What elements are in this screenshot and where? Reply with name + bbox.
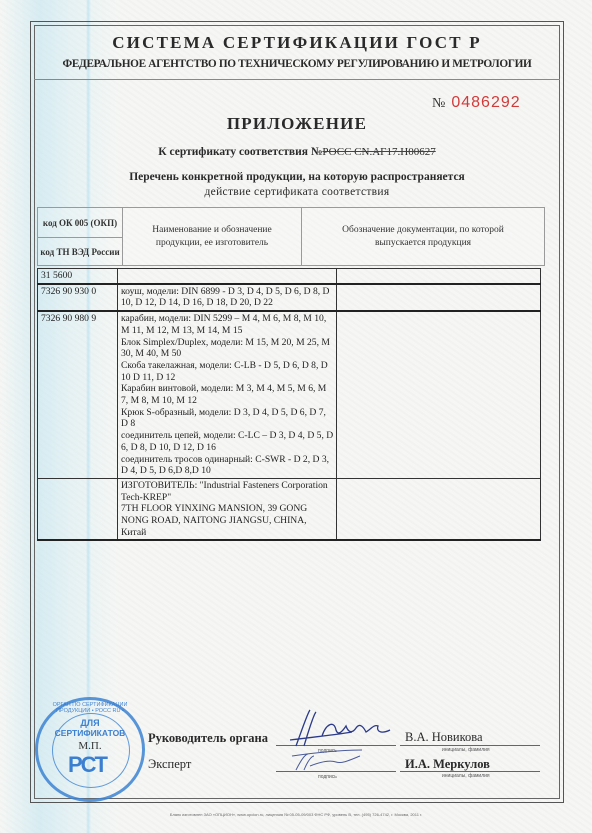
product-line: Скоба такелажная, модели: C-LB - D 5, D … — [121, 360, 334, 383]
header-product-name-text: Наименование и обозначение продукции, ее… — [137, 224, 287, 250]
expert-name-line — [400, 771, 540, 772]
product-line: Карабин винтовой, модели: М 3, М 4, М 5,… — [121, 383, 334, 406]
certificate-reference: К сертификату соответствия №РОСС CN.АГ17… — [34, 146, 560, 158]
row-code: 31 5600 — [38, 269, 118, 284]
certificate-ref-label: К сертификату соответствия № — [158, 146, 322, 158]
row-name: карабин, модели: DIN 5299 – М 4, М 6, М … — [118, 311, 337, 478]
expert-signature-icon — [290, 748, 370, 774]
product-line: Крюк S-образный, модели: D 3, D 4, D 5, … — [121, 407, 334, 430]
expert-signature-caption: подпись — [318, 774, 337, 780]
table-row: 7326 90 930 0 коуш, модели: DIN 6899 - D… — [38, 284, 541, 311]
row-docs — [337, 311, 541, 478]
list-title-line2: действие сертификата соответствия — [34, 185, 560, 200]
table-row: 31 5600 — [38, 269, 541, 284]
manufacturer-name: ИЗГОТОВИТЕЛЬ: "Industrial Fasteners Corp… — [121, 480, 334, 503]
row-code: 7326 90 980 9 — [38, 311, 118, 478]
system-title: СИСТЕМА СЕРТИФИКАЦИИ ГОСТ Р — [34, 33, 560, 53]
head-name-caption: инициалы, фамилия — [442, 747, 490, 753]
product-line: соединитель тросов одинарный: C-SWR - D … — [121, 454, 334, 477]
table-row: 7326 90 980 9 карабин, модели: DIN 5299 … — [38, 311, 541, 478]
head-of-body-label: Руководитель органа — [148, 731, 268, 746]
row-docs — [337, 269, 541, 284]
stamp-mp: М.П. — [38, 740, 142, 752]
appendix-heading: ПРИЛОЖЕНИЕ — [34, 114, 560, 134]
form-footer: Бланк изготовлен ЗАО «ОПЦИОН», www.opcio… — [0, 812, 592, 817]
header-code-tnved: код ТН ВЭД России — [38, 237, 122, 266]
product-line: карабин, модели: DIN 5299 – М 4, М 6, М … — [121, 313, 334, 336]
expert-name: И.А. Меркулов — [405, 757, 490, 772]
product-line: Блок Simplex/Duplex, модели: М 15, М 20,… — [121, 337, 334, 360]
head-name: В.А. Новикова — [405, 730, 483, 745]
row-docs — [337, 284, 541, 311]
table-header: код ОК 005 (ОКП) код ТН ВЭД России Наиме… — [37, 207, 545, 266]
expert-label: Эксперт — [148, 757, 191, 772]
row-name: коуш, модели: DIN 6899 - D 3, D 4, D 5, … — [118, 284, 337, 311]
row-docs — [337, 478, 541, 540]
header-divider — [34, 79, 560, 80]
expert-name-caption: инициалы, фамилия — [442, 773, 490, 779]
number-sign: № — [432, 96, 445, 111]
rst-logo-icon: PCT — [68, 752, 106, 778]
product-list-title: Перечень конкретной продукции, на котору… — [34, 170, 560, 200]
table-row: ИЗГОТОВИТЕЛЬ: "Industrial Fasteners Corp… — [38, 478, 541, 540]
row-name: ИЗГОТОВИТЕЛЬ: "Industrial Fasteners Corp… — [118, 478, 337, 540]
stamp-line2: СЕРТИФИКАТОВ — [38, 728, 142, 738]
certification-stamp: ОРГАН ПО СЕРТИФИКАЦИИ ПРОДУКЦИИ • РОСС R… — [35, 697, 145, 802]
head-name-line — [400, 745, 540, 746]
manufacturer-address: 7TH FLOOR YINXING MANSION, 39 GONG NONG … — [121, 503, 334, 538]
head-signature-icon — [282, 706, 392, 748]
row-name — [118, 269, 337, 284]
row-code — [38, 478, 118, 540]
header-documentation: Обозначение документации, по которой вып… — [302, 208, 544, 265]
agency-subtitle: ФЕДЕРАЛЬНОЕ АГЕНТСТВО ПО ТЕХНИЧЕСКОМУ РЕ… — [34, 58, 560, 70]
product-line: соединитель цепей, модели: C-LC – D 3, D… — [121, 430, 334, 453]
header-documentation-text: Обозначение документации, по которой вып… — [328, 224, 518, 250]
serial-value: 0486292 — [451, 94, 520, 111]
certificate-ref-number: РОСС CN.АГ17.Н00627 — [322, 146, 435, 158]
stamp-line1: ДЛЯ — [38, 718, 142, 728]
list-title-line1: Перечень конкретной продукции, на котору… — [34, 170, 560, 185]
header-code-okp: код ОК 005 (ОКП) — [38, 208, 122, 238]
header-product-name: Наименование и обозначение продукции, ее… — [123, 208, 301, 265]
product-table: 31 5600 7326 90 930 0 коуш, модели: DIN … — [37, 268, 541, 541]
serial-number: №0486292 — [432, 94, 521, 112]
row-code: 7326 90 930 0 — [38, 284, 118, 311]
